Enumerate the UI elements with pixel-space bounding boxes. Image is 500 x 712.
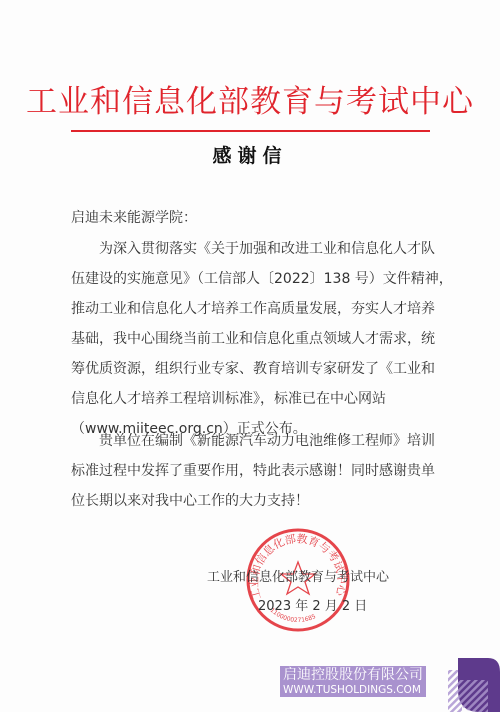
tus-logo-icon: [448, 650, 500, 712]
paragraph-line: 基础，我中心围绕当前工业和信息化重点领域人才需求，统: [71, 324, 433, 354]
body-paragraph-2: 贵单位在编制《新能源汽车动力电池维修工程师》培训 标准过程中发挥了重要作用，特此…: [71, 426, 433, 516]
watermark-website: WWW.TUSHOLDINGS.COM: [283, 684, 423, 696]
paragraph-line: 标准过程中发挥了重要作用，特此表示感谢！同时感谢贵单: [71, 456, 433, 486]
paragraph-line: 为深入贯彻落实《关于加强和改进工业和信息化人才队: [71, 234, 433, 264]
paragraph-line: 贵单位在编制《新能源汽车动力电池维修工程师》培训: [71, 426, 433, 456]
letterhead-red-rule: [71, 130, 430, 132]
paragraph-line: 信息化人才培养工程培训标准》，标准已在中心网站: [71, 384, 433, 414]
paragraph-line: 筹优质资源，组织行业专家、教育培训专家研发了《工业和: [71, 354, 433, 384]
body-paragraph-1: 为深入贯彻落实《关于加强和改进工业和信息化人才队 伍建设的实施意见》（工信部人〔…: [71, 234, 433, 444]
paragraph-line: 位长期以来对我中心工作的大力支持！: [71, 486, 433, 516]
signature-org: 工业和信息化部教育与考试中心: [207, 566, 389, 585]
watermark: 启迪控股股份有限公司 WWW.TUSHOLDINGS.COM: [280, 666, 426, 697]
signature-date: 2023 年 2 月 2 日: [258, 595, 367, 614]
letterhead-org-name: 工业和信息化部教育与考试中心: [0, 76, 500, 121]
paragraph-line: 推动工业和信息化人才培养工作高质量发展，夯实人才培养: [71, 294, 433, 324]
paragraph-line: 伍建设的实施意见》（工信部人〔2022〕138 号）文件精神，: [71, 264, 433, 294]
salutation: 启迪未来能源学院：: [71, 207, 197, 227]
watermark-company-name: 启迪控股股份有限公司: [283, 667, 423, 684]
document-title: 感谢信: [0, 141, 500, 168]
